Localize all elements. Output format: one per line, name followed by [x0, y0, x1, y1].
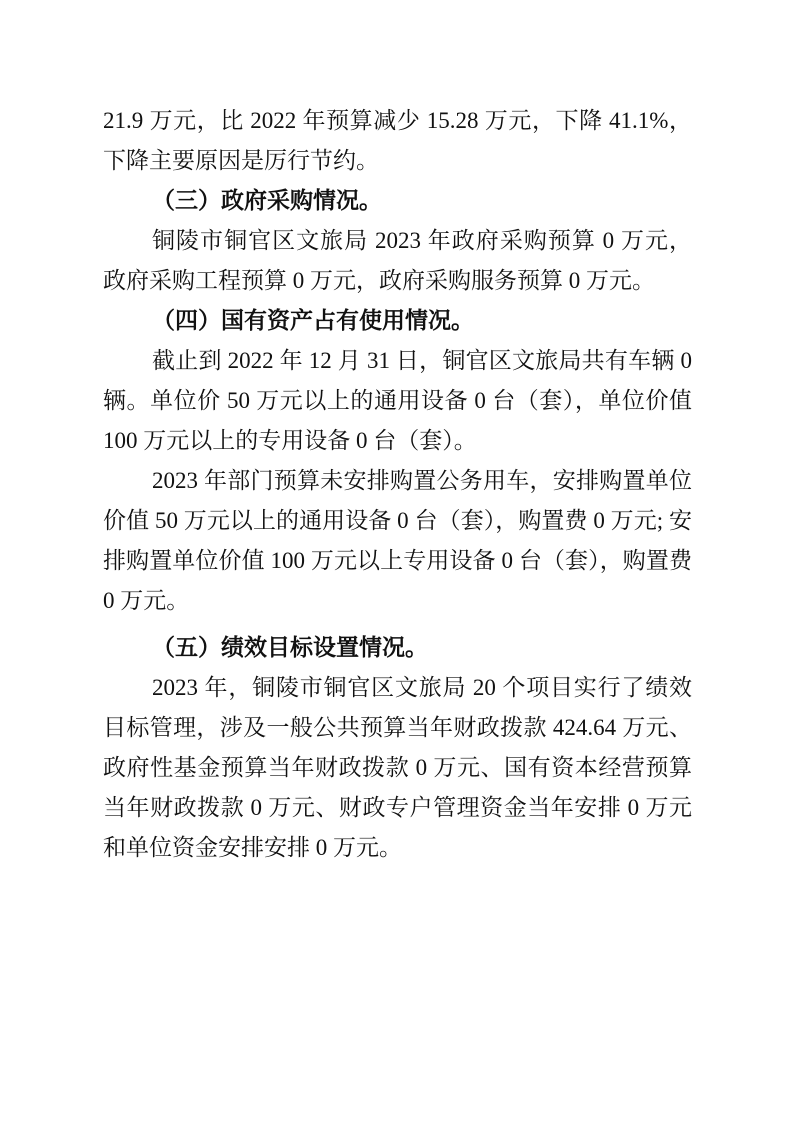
- paragraph-budget-decrease: 21.9 万元，比 2022 年预算减少 15.28 万元，下降 41.1%，下…: [103, 101, 692, 181]
- section-heading-performance-targets: （五）绩效目标设置情况。: [103, 628, 692, 668]
- paragraph-performance-target-detail: 2023 年，铜陵市铜官区文旅局 20 个项目实行了绩效目标管理，涉及一般公共预…: [103, 668, 692, 868]
- section-heading-government-procurement: （三）政府采购情况。: [103, 181, 692, 221]
- paragraph-assets-vehicles-equipment: 截止到 2022 年 12 月 31 日，铜官区文旅局共有车辆 0 辆。单位价 …: [103, 341, 692, 461]
- paragraph-procurement-detail: 铜陵市铜官区文旅局 2023 年政府采购预算 0 万元，政府采购工程预算 0 万…: [103, 221, 692, 301]
- section-heading-state-assets: （四）国有资产占有使用情况。: [103, 301, 692, 341]
- paragraph-2023-purchase-plan: 2023 年部门预算未安排购置公务用车，安排购置单位价值 50 万元以上的通用设…: [103, 461, 692, 621]
- document-page: 21.9 万元，比 2022 年预算减少 15.28 万元，下降 41.1%，下…: [0, 0, 793, 1122]
- document-body: 21.9 万元，比 2022 年预算减少 15.28 万元，下降 41.1%，下…: [103, 101, 692, 868]
